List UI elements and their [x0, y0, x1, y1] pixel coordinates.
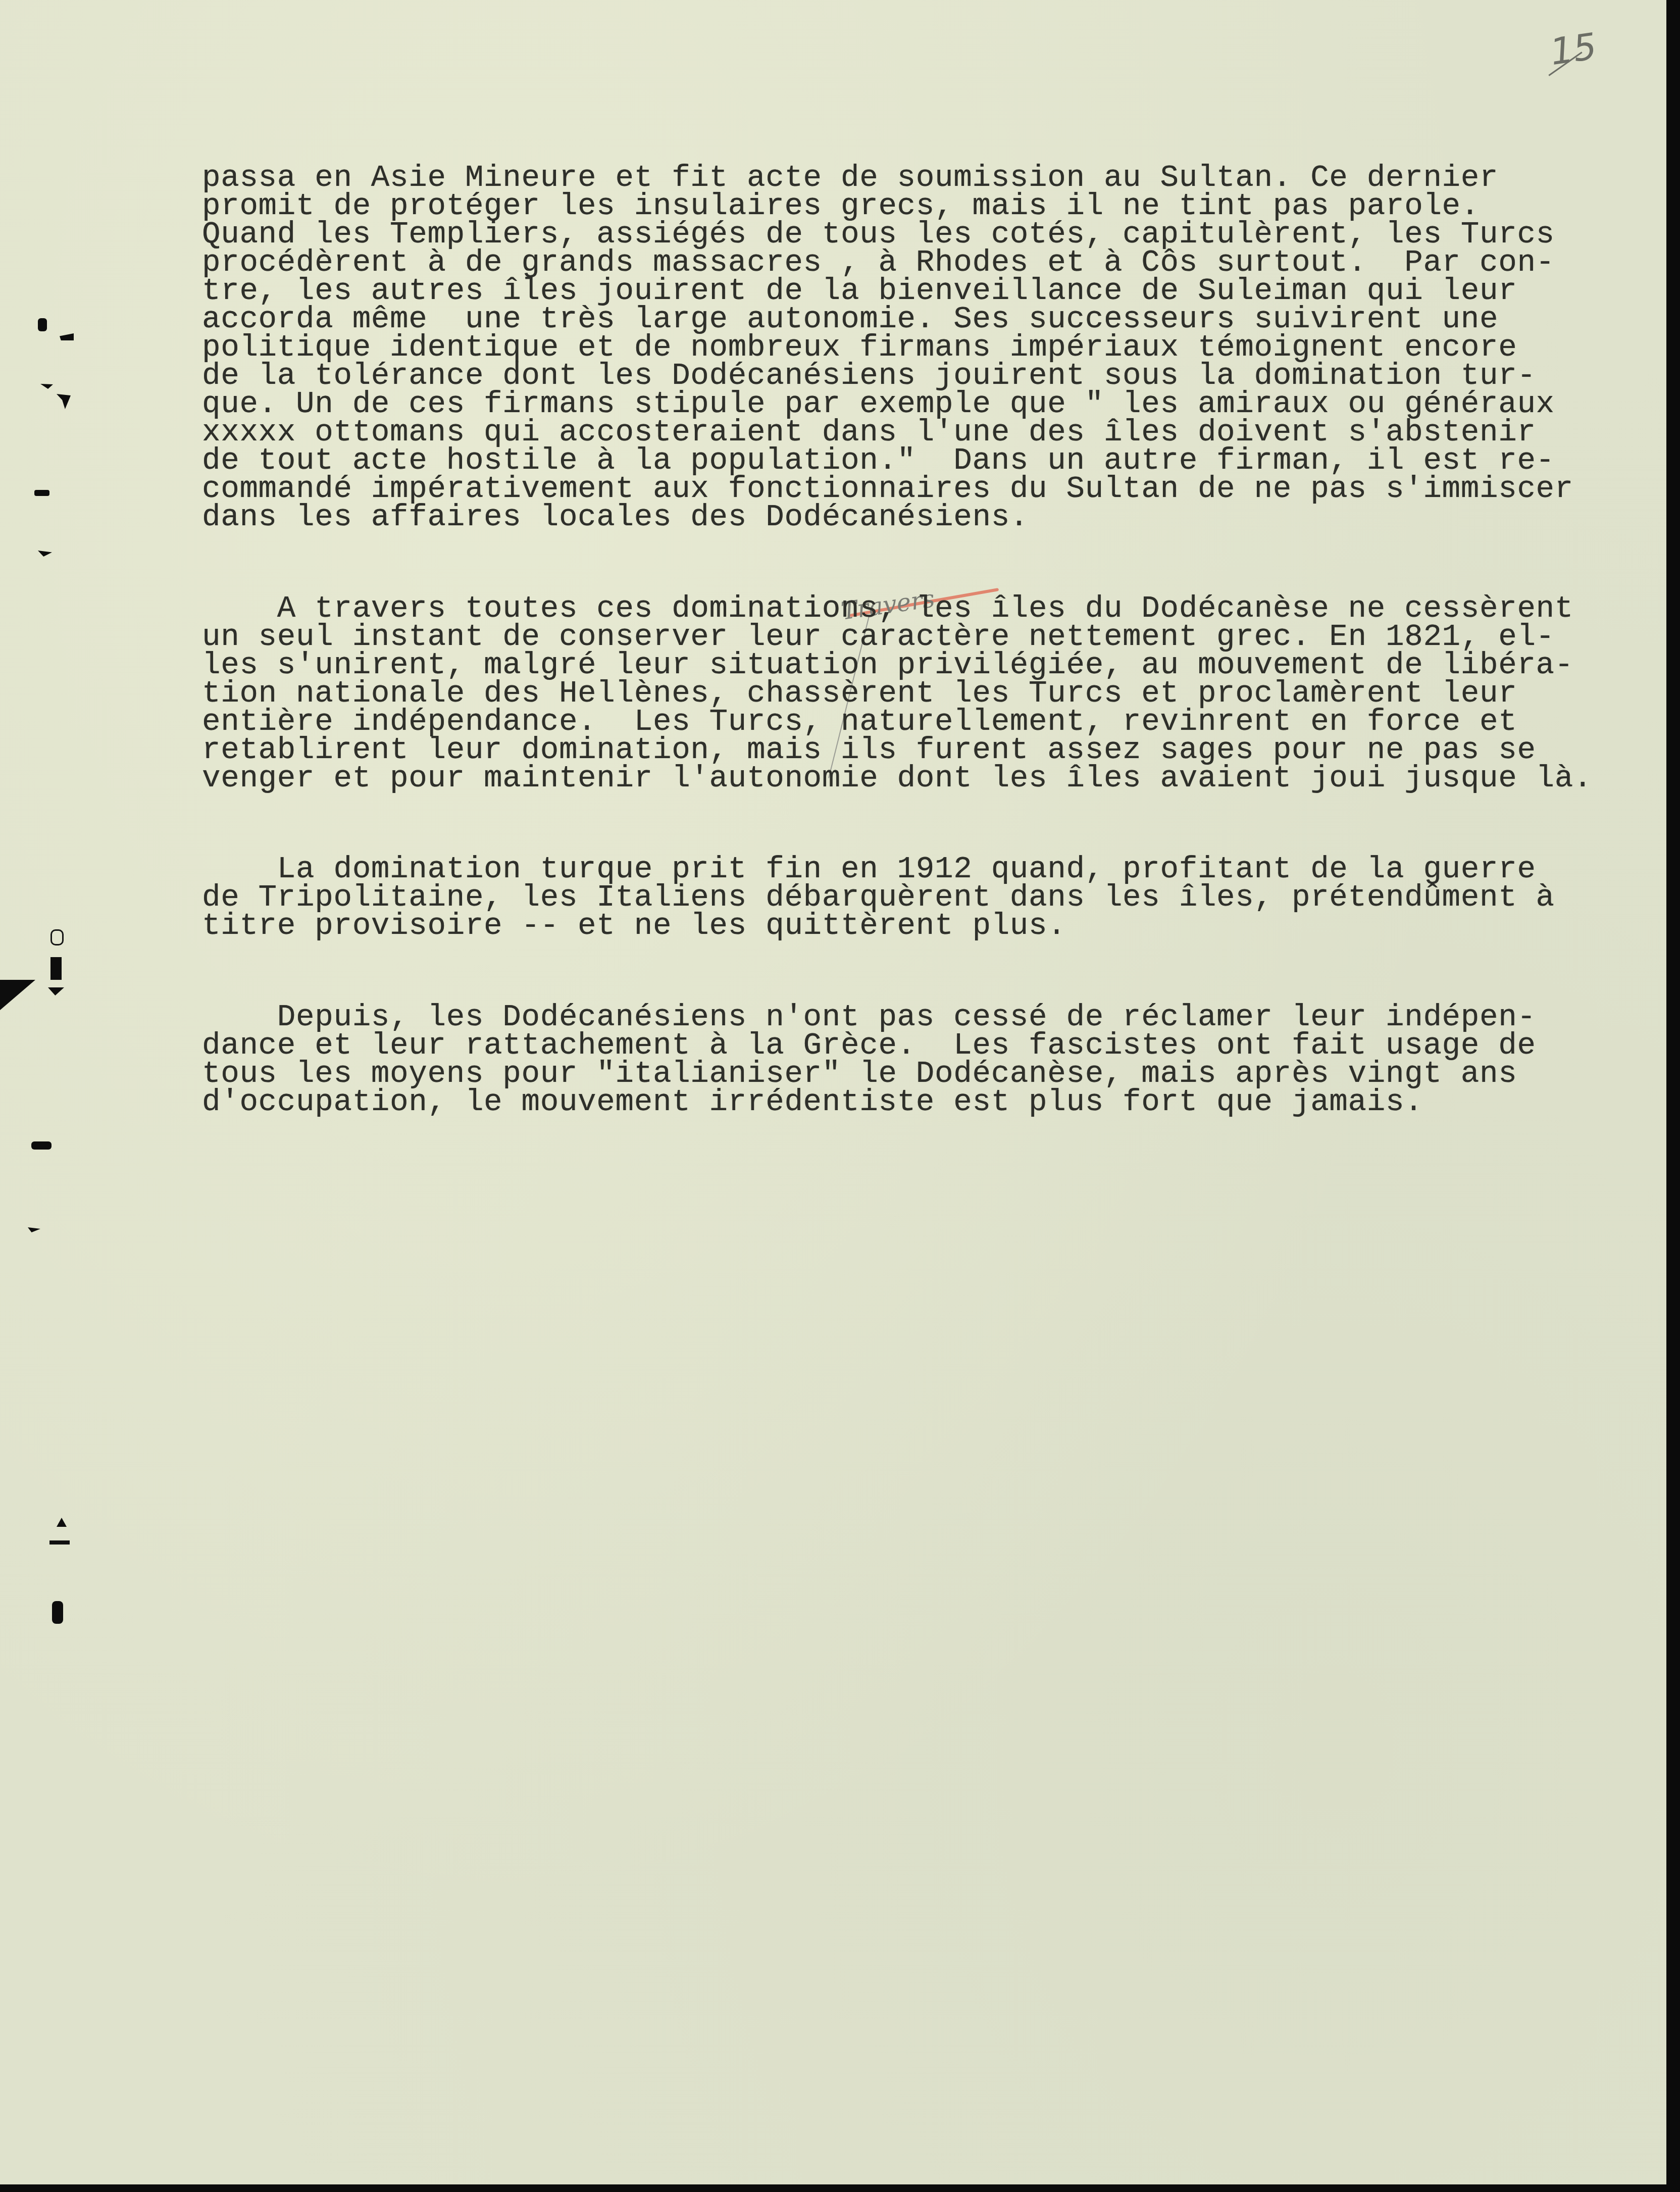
punch-hole-mark: [34, 490, 49, 496]
text-line: que. Un de ces firmans stipule par exemp…: [202, 390, 1666, 419]
punch-hole-mark: [57, 1518, 67, 1527]
page-number: 15: [1548, 25, 1599, 73]
punch-hole-mark: [49, 1540, 70, 1557]
text-line: Depuis, les Dodécanésiens n'ont pas cess…: [202, 1004, 1666, 1032]
text-line: promit de protéger les insulaires grecs,…: [202, 192, 1666, 221]
scan-border-bottom: [0, 2184, 1680, 2192]
punch-hole-mark: [50, 929, 64, 945]
text-line: les s'unirent, malgré leur situation pri…: [202, 652, 1666, 680]
punch-hole-mark: [28, 1227, 40, 1232]
text-line: un seul instant de conserver leur caract…: [202, 623, 1666, 652]
scan-border-right: [1666, 0, 1680, 2192]
text-line: d'occupation, le mouvement irrédentiste …: [202, 1088, 1666, 1117]
text-line: accorda même une très large autonomie. S…: [202, 306, 1666, 334]
text-line: dans les affaires locales des Dodécanési…: [202, 504, 1666, 532]
text-line: A travers toutes ces dominations, les îl…: [202, 595, 1666, 623]
text-line: de tout acte hostile à la population." D…: [202, 447, 1666, 475]
text-line: entière indépendance. Les Turcs, naturel…: [202, 708, 1666, 736]
document-page: 15 Travers passa en Asie Mineure et fit …: [0, 0, 1666, 2184]
paragraph-1: passa en Asie Mineure et fit acte de sou…: [202, 164, 1666, 532]
punch-hole-mark: [52, 1601, 63, 1624]
text-line: retablirent leur domination, mais ils fu…: [202, 736, 1666, 765]
text-line: venger et pour maintenir l'autonomie don…: [202, 765, 1666, 793]
text-line: tous les moyens pour "italianiser" le Do…: [202, 1060, 1666, 1088]
text-line: xxxxx ottomans qui accosteraient dans l'…: [202, 419, 1666, 447]
typewritten-body: passa en Asie Mineure et fit acte de sou…: [202, 164, 1666, 1117]
text-line: commandé impérativement aux fonctionnair…: [202, 475, 1666, 504]
punch-hole-mark: [50, 957, 62, 980]
text-line: passa en Asie Mineure et fit acte de sou…: [202, 164, 1666, 192]
text-line: tion nationale des Hellènes, chassèrent …: [202, 680, 1666, 708]
punch-hole-mark: [38, 551, 52, 557]
punch-hole-mark: [48, 987, 64, 995]
text-line: politique identique et de nombreux firma…: [202, 334, 1666, 362]
text-line: dance et leur rattachement à la Grèce. L…: [202, 1032, 1666, 1060]
text-line: de Tripolitaine, les Italiens débarquère…: [202, 884, 1666, 912]
punch-hole-mark: [40, 384, 53, 389]
punch-hole-mark: [38, 318, 47, 331]
text-line: titre provisoire -- et ne les quittèrent…: [202, 912, 1666, 940]
paragraph-4: Depuis, les Dodécanésiens n'ont pas cess…: [202, 1004, 1666, 1117]
text-line: tre, les autres îles jouirent de la bien…: [202, 277, 1666, 306]
text-line: La domination turque prit fin en 1912 qu…: [202, 856, 1666, 884]
punch-hole-mark: [57, 394, 71, 409]
punch-hole-mark: [60, 333, 74, 340]
text-line: Quand les Templiers, assiégés de tous le…: [202, 221, 1666, 249]
punch-hole-mark: [31, 1141, 52, 1150]
paragraph-3: La domination turque prit fin en 1912 qu…: [202, 856, 1666, 940]
torn-corner-mark: [0, 980, 35, 1010]
text-line: de la tolérance dont les Dodécanésiens j…: [202, 362, 1666, 390]
text-line: procédèrent à de grands massacres , à Rh…: [202, 249, 1666, 277]
paragraph-2: A travers toutes ces dominations, les îl…: [202, 595, 1666, 793]
